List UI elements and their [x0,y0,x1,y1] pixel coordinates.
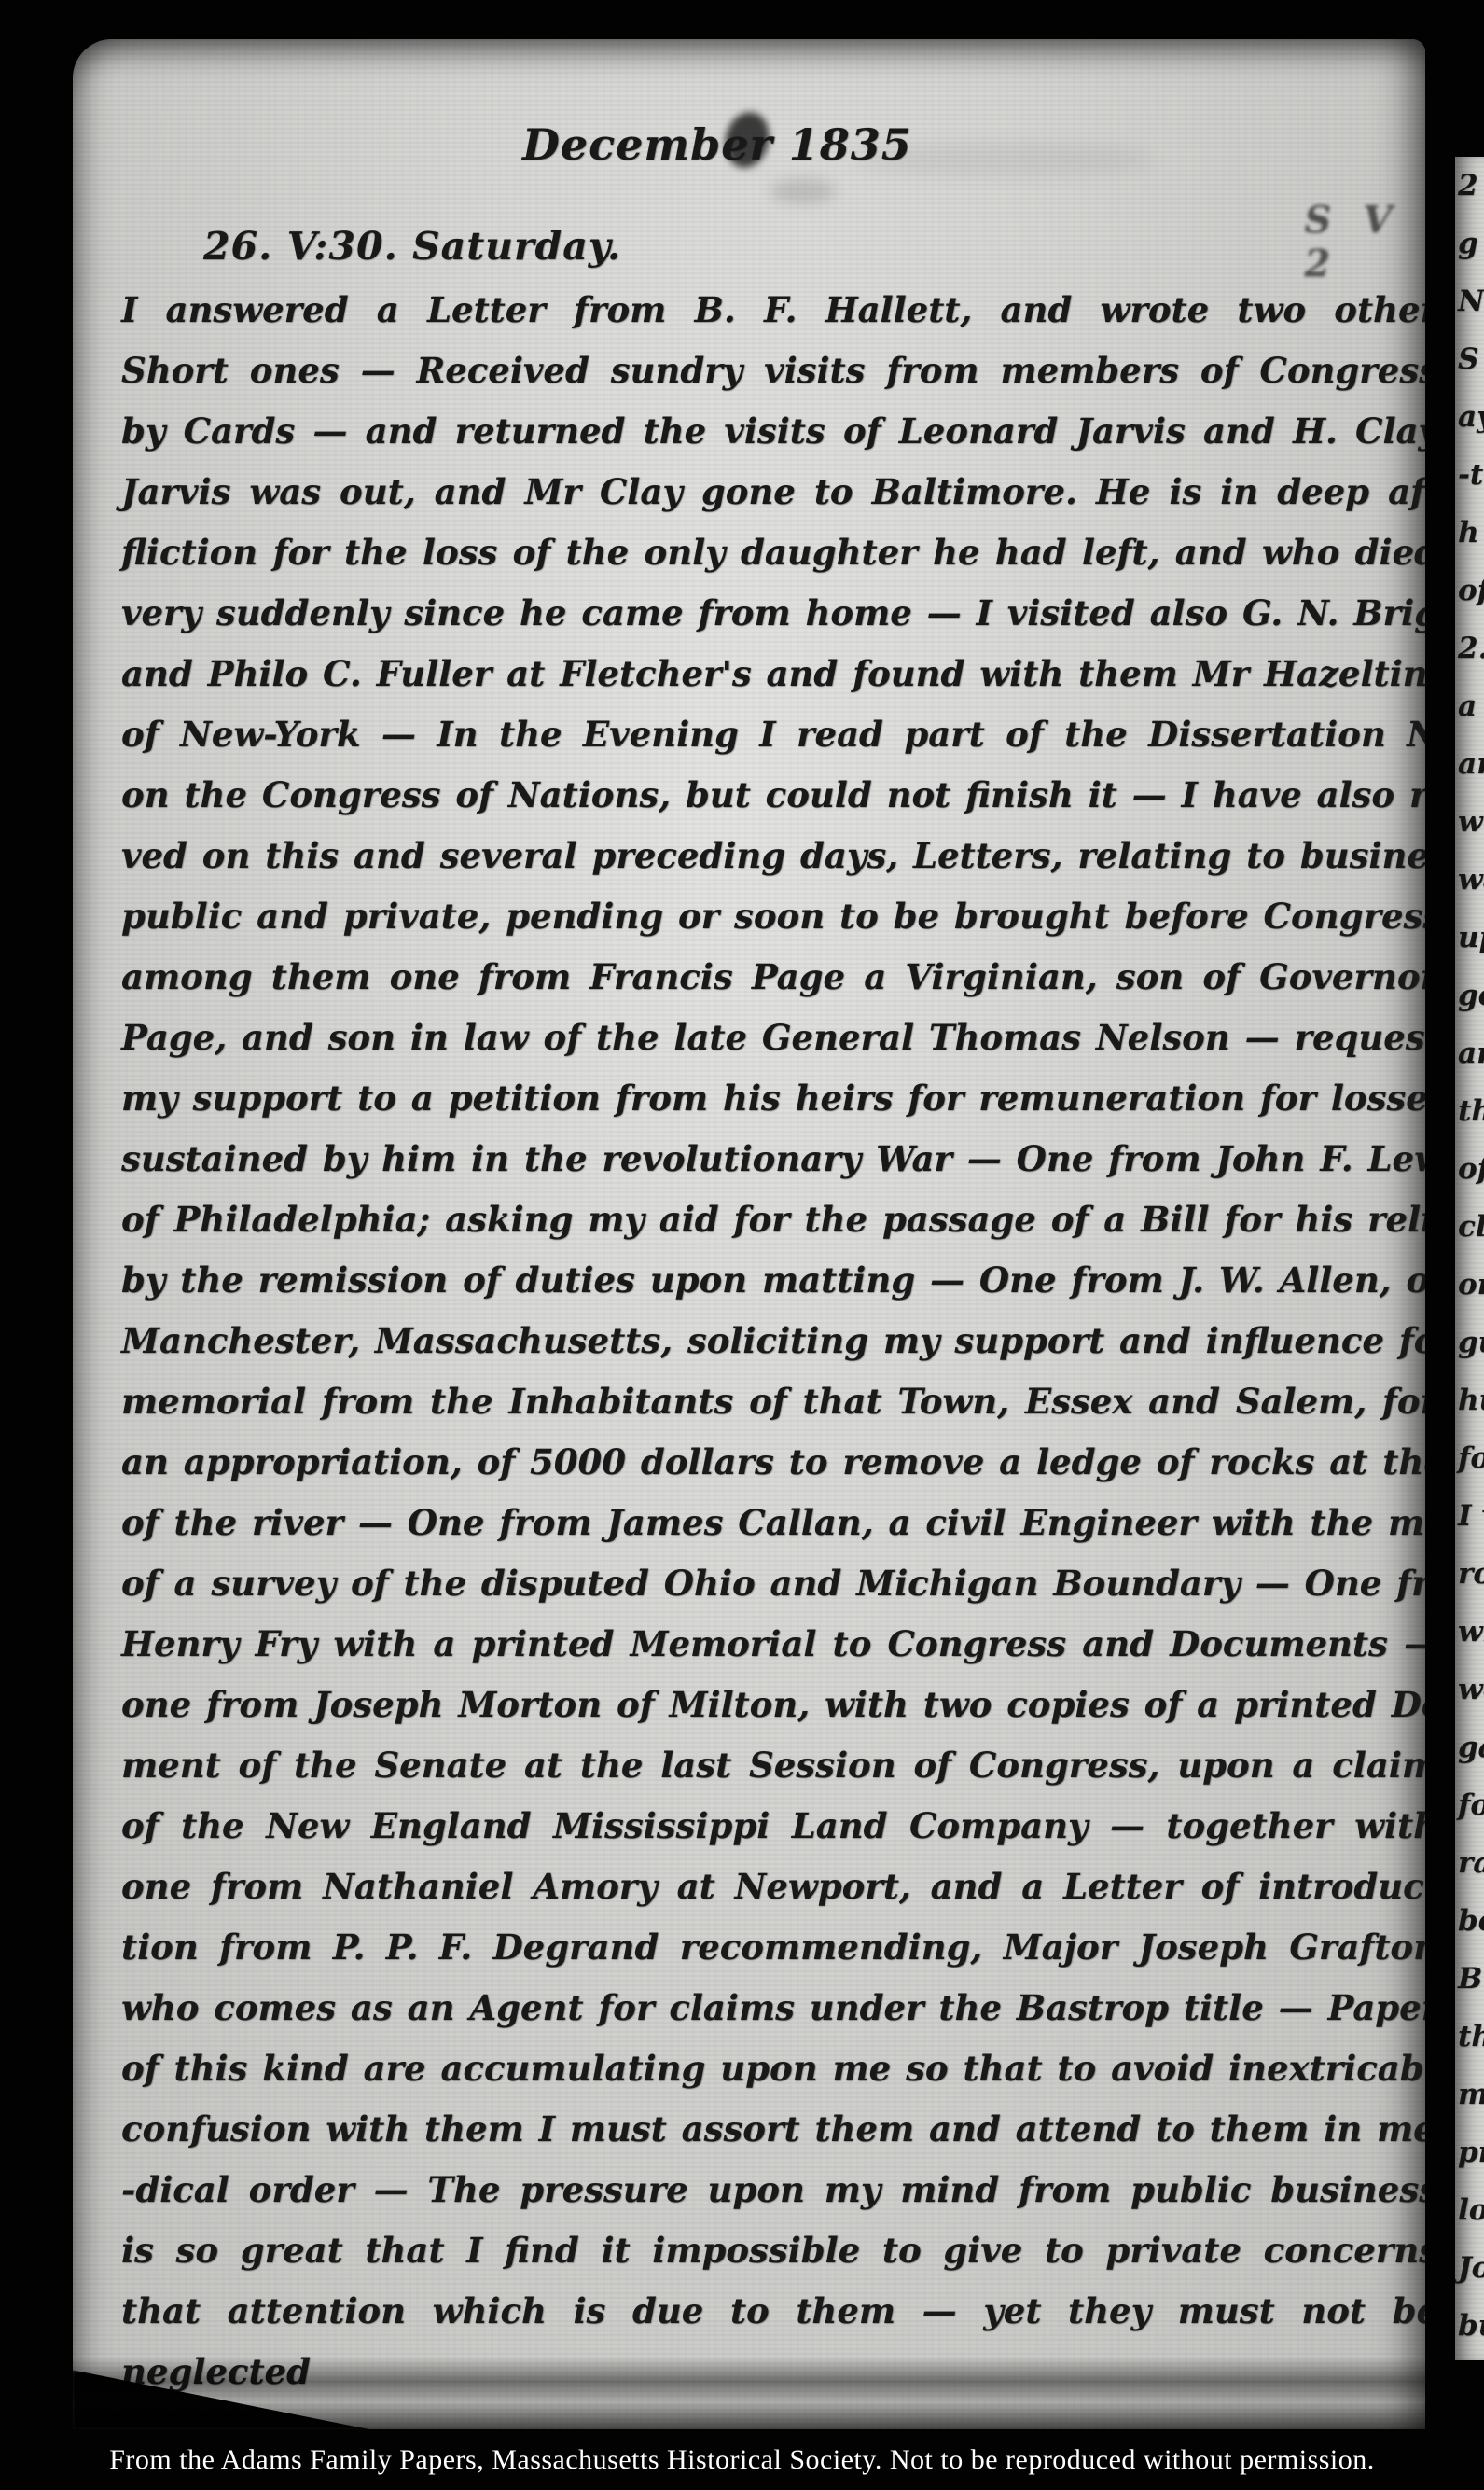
handwritten-line: I answered a Letter from B. F. Hallett, … [121,280,1425,341]
handwriting-fragment: wi [1455,1603,1484,1661]
handwritten-line: Jarvis was out, and Mr Clay gone to Balt… [121,462,1425,522]
handwriting-fragment: hun [1455,1371,1484,1429]
handwritten-line: one from Nathaniel Amory at Newport, and… [121,1857,1425,1917]
handwritten-line: Short ones — Received sundry visits from… [121,341,1425,401]
bleed-through-mark: S V 2 [1304,198,1425,285]
handwritten-body: I answered a Letter from B. F. Hallett, … [121,280,1425,2402]
handwritten-line: by Cards — and returned the visits of Le… [121,401,1425,462]
entry-date-line: 26. V:30. Saturday. [203,224,621,269]
handwriting-fragment: pro [1455,2123,1484,2181]
handwriting-fragment: am [1455,1024,1484,1082]
handwriting-fragment: bea [1455,1892,1484,1950]
handwriting-fragment: 2. [1455,619,1484,677]
handwritten-line: is so great that I find it impossible to… [121,2220,1425,2281]
handwriting-fragment: g [1455,215,1484,272]
handwritten-line: of the New England Mississippi Land Comp… [121,1796,1425,1857]
handwritten-line: among them one from Francis Page a Virgi… [121,947,1425,1008]
handwriting-fragment: S [1455,330,1484,388]
handwriting-fragment: mo [1455,2066,1484,2123]
handwriting-fragment: of [1455,1140,1484,1198]
handwriting-fragment: on [1455,1256,1484,1314]
handwriting-fragment: N [1455,272,1484,330]
handwriting-fragment: of [1455,562,1484,619]
handwritten-line: ment of the Senate at the last Session o… [121,1735,1425,1796]
handwritten-line: fliction for the loss of the only daught… [121,522,1425,583]
handwritten-line: my support to a petition from his heirs … [121,1068,1425,1129]
handwriting-fragment: th [1455,1082,1484,1140]
handwritten-line: one from Joseph Morton of Milton, with t… [121,1675,1425,1735]
handwritten-line: and Philo C. Fuller at Fletcher's and fo… [121,644,1425,704]
handwriting-fragment: but [1455,2297,1484,2355]
handwriting-fragment: I w [1455,1487,1484,1545]
handwriting-fragment: gu [1455,1314,1484,1371]
handwriting-fragment: ay [1455,388,1484,446]
handwriting-fragment: go [1455,967,1484,1024]
handwritten-line: of Philadelphia; asking my aid for the p… [121,1189,1425,1250]
handwritten-line: public and private, pending or soon to b… [121,886,1425,947]
handwritten-line: ved on this and several preceding days, … [121,826,1425,886]
handwritten-line: of the river — One from James Callan, a … [121,1493,1425,1553]
handwritten-line: that attention which is due to them — ye… [121,2281,1425,2342]
ink-smudge [770,179,836,203]
handwriting-fragment: John [1455,2239,1484,2297]
handwritten-line: Manchester, Massachusetts, soliciting my… [121,1311,1425,1371]
page-bottom-shadow [73,2357,1425,2429]
handwriting-fragment: h [1455,504,1484,562]
handwritten-line: memorial from the Inhabitants of that To… [121,1371,1425,1432]
handwriting-fragment: w [1455,793,1484,851]
handwritten-line: Page, and son in law of the late General… [121,1008,1425,1068]
page-header-month-year: December 1835 [522,119,912,170]
caption-bar: From the Adams Family Papers, Massachuse… [0,2430,1484,2490]
handwritten-line: by the remission of duties upon matting … [121,1250,1425,1311]
facing-page-sliver: 2gNSay-tehof2.aanwwaupgoamthofclonguhunf… [1455,157,1484,2360]
handwriting-fragment: up [1455,909,1484,967]
handwriting-fragment: wo [1455,1661,1484,1718]
handwritten-line: an appropriation, of 5000 dollars to rem… [121,1432,1425,1493]
handwriting-fragment: fo [1455,1776,1484,1834]
handwriting-fragment: 2 [1455,157,1484,215]
handwritten-line: who comes as an Agent for claims under t… [121,1978,1425,2038]
handwriting-fragment: in [1455,2355,1484,2360]
handwritten-line: of a survey of the disputed Ohio and Mic… [121,1553,1425,1614]
handwritten-line: Henry Fry with a printed Memorial to Con… [121,1614,1425,1675]
handwriting-fragment: wa [1455,851,1484,909]
handwritten-line: confusion with them I must assort them a… [121,2099,1425,2160]
scanned-photo-background: S V 2 December 1835 26. V:30. Saturday. … [0,0,1484,2490]
diary-page: S V 2 December 1835 26. V:30. Saturday. … [73,39,1425,2429]
handwriting-fragment: -te [1455,446,1484,504]
handwriting-fragment: cl [1455,1198,1484,1256]
archive-caption: From the Adams Family Papers, Massachuse… [109,2444,1375,2476]
handwriting-fragment: rai [1455,1834,1484,1892]
handwriting-fragment: the [1455,2008,1484,2066]
handwritten-line: tion from P. P. F. Degrand recommending,… [121,1917,1425,1978]
handwriting-fragment: Bra [1455,1950,1484,2008]
handwriting-fragment: a [1455,677,1484,735]
handwritten-line: on the Congress of Nations, but could no… [121,765,1425,826]
handwriting-fragment: for [1455,1429,1484,1487]
handwritten-line: sustained by him in the revolutionary Wa… [121,1129,1425,1189]
handwriting-fragment: ga [1455,1718,1484,1776]
handwritten-line: very suddenly since he came from home — … [121,583,1425,644]
handwritten-line: of this kind are accumulating upon me so… [121,2038,1425,2099]
handwriting-fragment: lodg [1455,2181,1484,2239]
handwritten-line: -dical order — The pressure upon my mind… [121,2160,1425,2220]
handwriting-fragment: ro [1455,1545,1484,1603]
handwriting-fragment: an [1455,735,1484,793]
handwritten-line: of New-York — In the Evening I read part… [121,704,1425,765]
